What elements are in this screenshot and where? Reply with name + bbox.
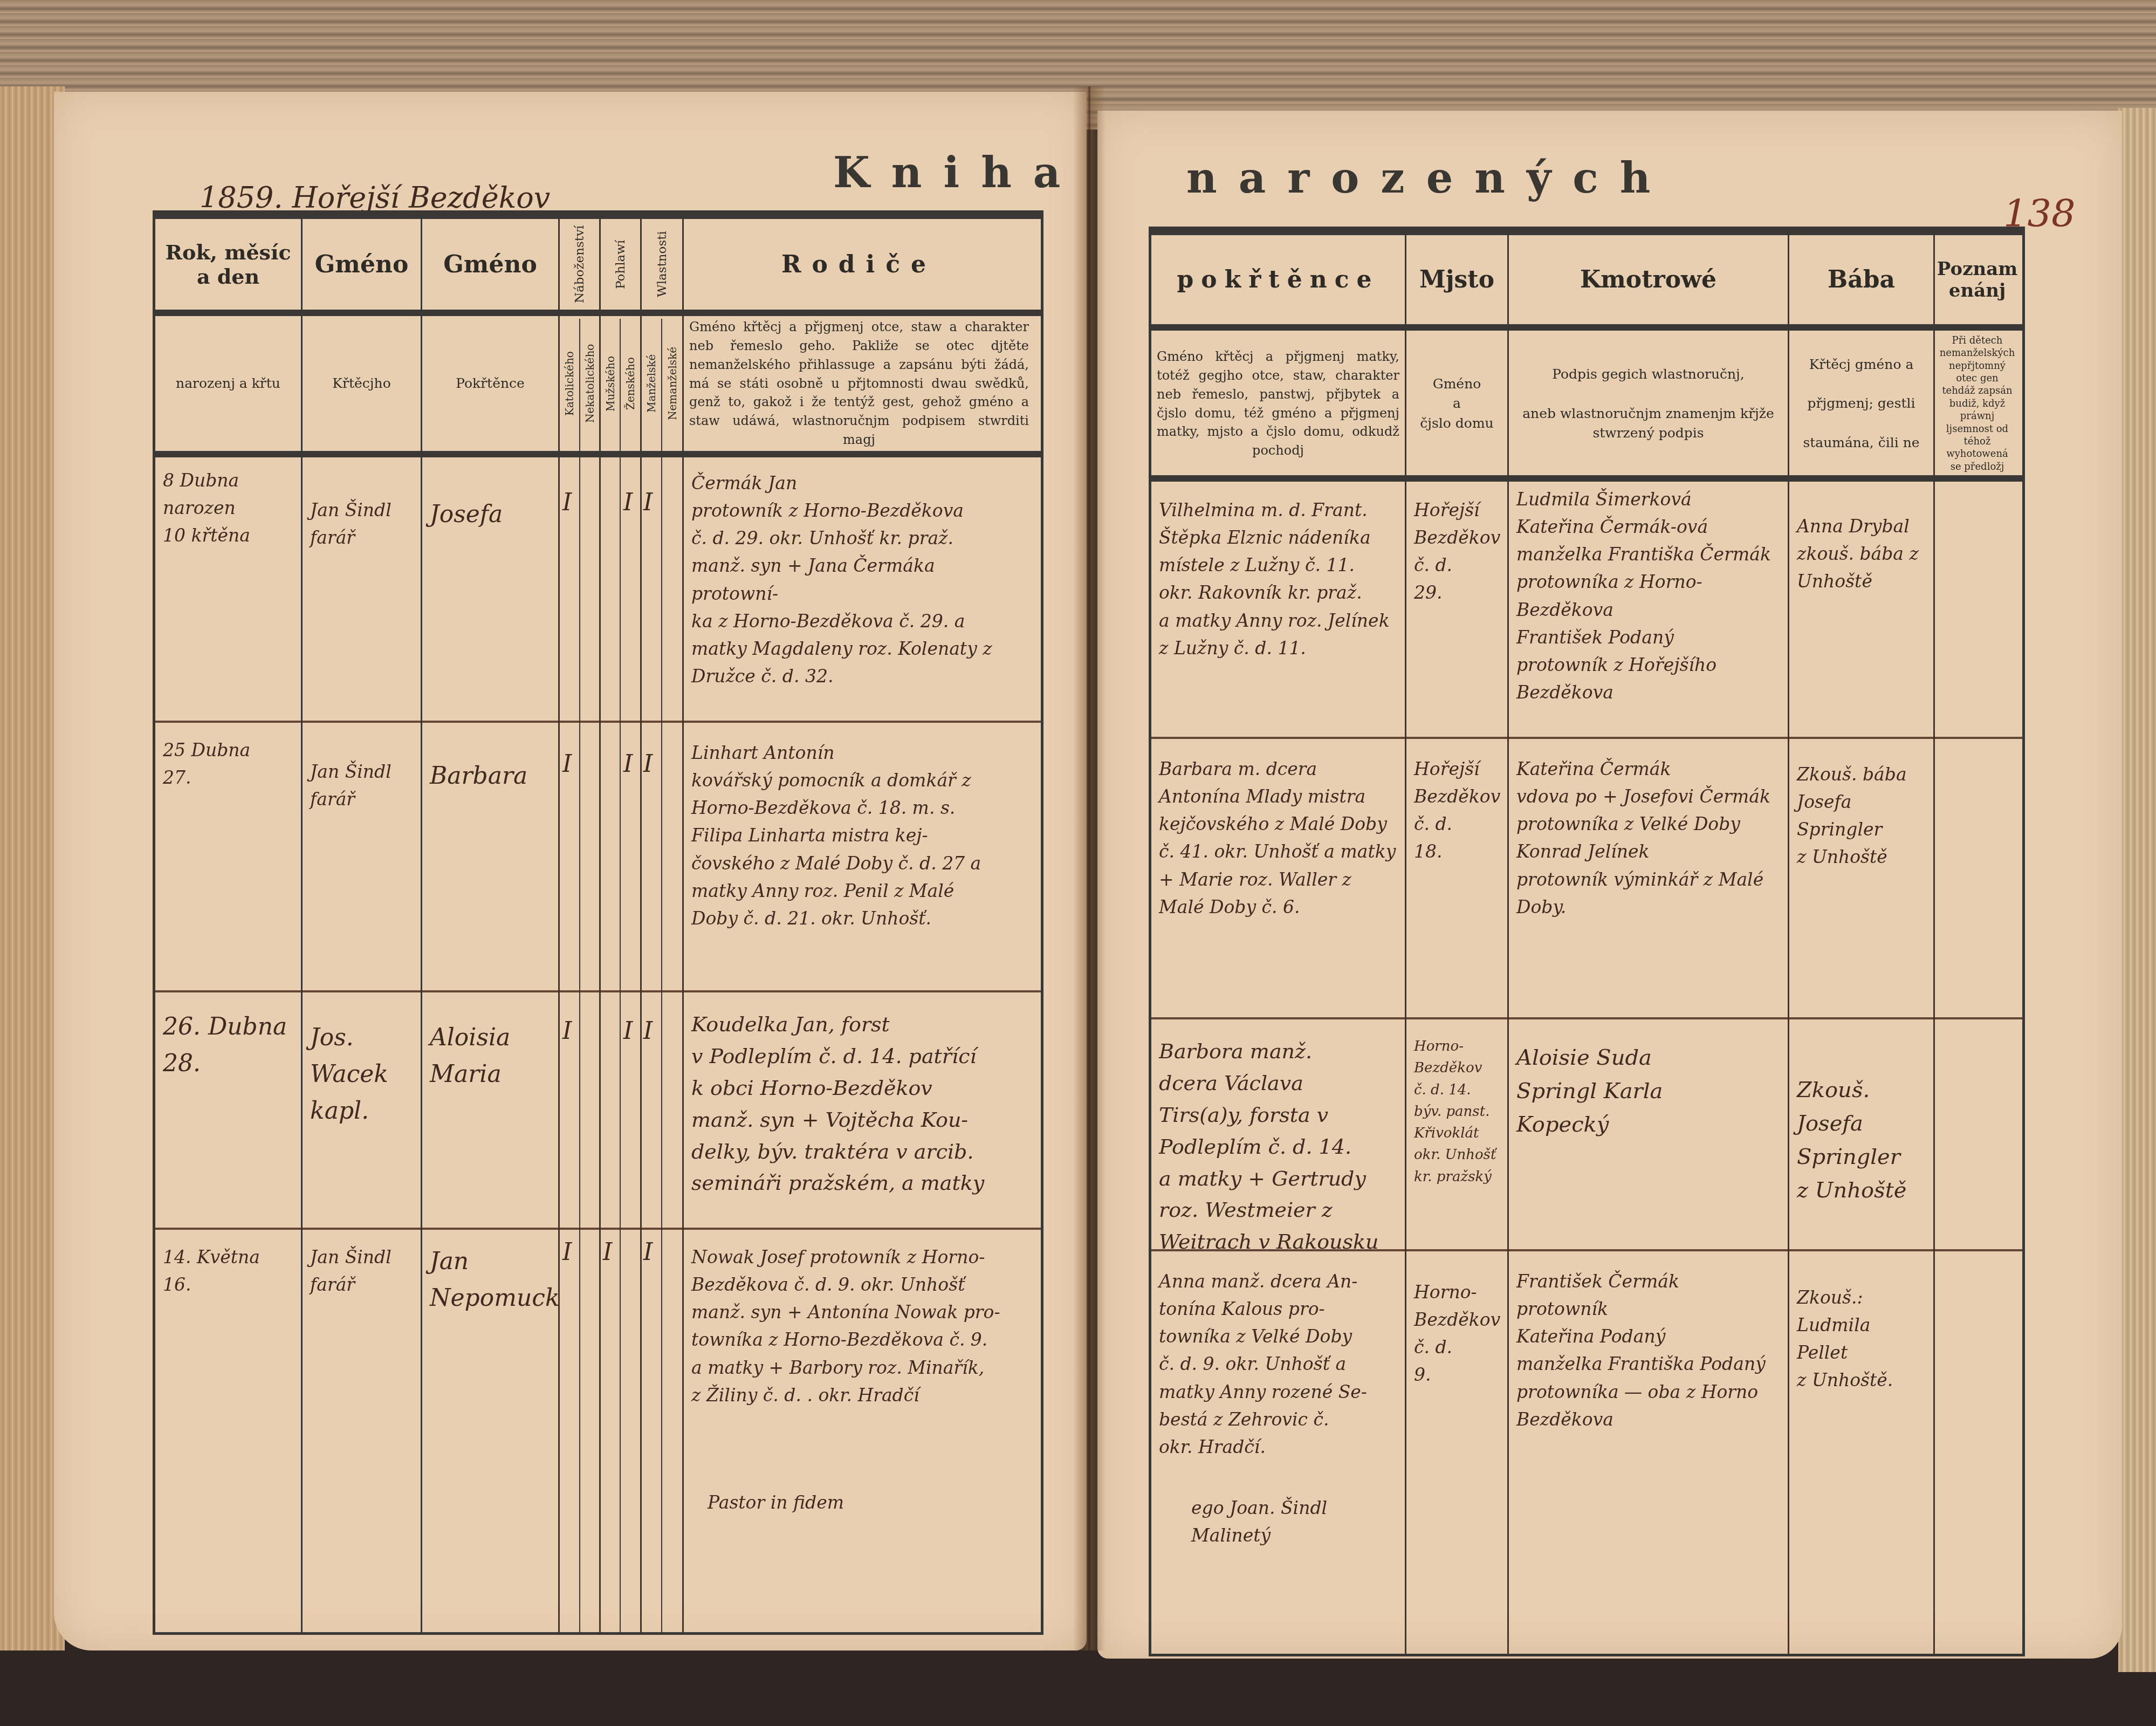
header-rule xyxy=(155,451,1041,457)
entry-1-notes xyxy=(1935,489,2020,734)
entry-separator xyxy=(155,990,1041,992)
book-gutter xyxy=(1073,86,1106,1650)
entry-4-baptizer: Jan Šindl farář xyxy=(303,1236,421,1398)
entry-1-mother: Vilhelmina m. d. Frant. Štěpka Elznic ná… xyxy=(1151,489,1405,734)
subheader-father: Gméno křtěcj a přjgmenj otce, staw a cha… xyxy=(684,316,1034,451)
entry-3-godparents: Aloisie Suda Springl Karla Kopecký xyxy=(1509,1033,1788,1249)
entry-1-date: 8 Dubna narozen 10 křtěna xyxy=(155,459,301,718)
entry-4-date: 14. Května 16. xyxy=(155,1236,301,1398)
header-parents: Rodiče xyxy=(684,219,1034,310)
entry-2-legitimate-mark: I xyxy=(643,750,653,778)
entry-separator xyxy=(1151,1249,2022,1251)
entry-1-godparents: Ludmila Šimerková Kateřina Čermák-ová ma… xyxy=(1509,478,1788,737)
entry-4-father: Nowak Josef protowník z Horno- Bezděkova… xyxy=(684,1236,1034,1462)
subheader-midwife: Křtěcj gméno a přjgmenj; gestli staumána… xyxy=(1789,332,1933,475)
entry-1-midwife: Anna Drybal zkouš. bába z Unhoště xyxy=(1789,505,1933,731)
subheader-date: narozenj a křtu xyxy=(155,316,301,451)
header-rule xyxy=(155,310,1041,316)
entry-1-legitimate-mark: I xyxy=(643,489,653,516)
entry-1-catholic-mark: I xyxy=(562,489,572,516)
entry-4-godparents: František Čermák protowník Kateřina Poda… xyxy=(1509,1260,1788,1476)
header-mother: pokřtěnce xyxy=(1151,235,1405,324)
entry-2-mother: Barbara m. dcera Antonína Mlady mistra k… xyxy=(1151,748,1405,1012)
header-place: Mjsto xyxy=(1406,235,1507,324)
subheader-baptizer: Křtěcjho xyxy=(303,316,421,451)
entry-2-female-mark: I xyxy=(623,750,633,778)
entry-4-legitimate-mark: I xyxy=(643,1238,653,1266)
entry-4-place: Horno- Bezděkov č. d. 9. xyxy=(1406,1271,1507,1465)
right-register-table: pokřtěnce Mjsto Kmotrowé Bába Poznamenán… xyxy=(1149,227,2025,1656)
left-register-table: Rok, měsíc a den Gméno Gméno Náboženství… xyxy=(153,210,1043,1635)
header-notes: Poznamenánj xyxy=(1935,235,2020,324)
entry-2-midwife: Zkouš. bába Josefa Springler z Unhoště xyxy=(1789,753,1933,1012)
entry-separator xyxy=(1151,737,2022,739)
entry-2-notes xyxy=(1935,748,2020,1012)
subheader-mother: Gméno křtěcj a přjgmenj matky, totéž geg… xyxy=(1151,332,1405,475)
entry-3-place: Horno- Bezděkov č. d. 14. býv. panst. Kř… xyxy=(1406,1028,1507,1249)
entry-3-baptizer: Jos. Wacek kapl. xyxy=(303,1012,421,1228)
column-divider xyxy=(661,319,662,1632)
page-title-right: narozených xyxy=(1186,154,1672,203)
entry-4-child-name: Jan Nepomucký xyxy=(422,1236,558,1398)
entry-3-mother: Barbora manž. dcera Václava Tirs(a)y, fo… xyxy=(1151,1028,1405,1249)
entry-1-place: Hořejší Bezděkov č. d. 29. xyxy=(1406,489,1507,734)
column-divider xyxy=(579,319,580,1632)
header-date: Rok, měsíc a den xyxy=(155,219,301,310)
header-name-baptizer: Gméno xyxy=(303,219,421,310)
entry-4-midwife: Zkouš.: Ludmila Pellet z Unhoště. xyxy=(1789,1276,1933,1470)
entry-3-legitimate-mark: I xyxy=(643,1017,653,1045)
subheader-illegitimate: Nemanželské xyxy=(662,316,682,451)
entry-3-midwife: Zkouš. Josefa Springler z Unhoště xyxy=(1789,1066,1933,1249)
subheader-child: Pokřtěnce xyxy=(422,316,558,451)
book-right-edge xyxy=(2118,108,2156,1672)
entry-separator xyxy=(155,721,1041,723)
entry-4-mother: Anna manž. dcera An- tonína Kalous pro- … xyxy=(1151,1260,1405,1465)
subheader-godparents: Podpis gegich wlastnoručnj, aneb wlastno… xyxy=(1509,332,1788,475)
header-name-child: Gméno xyxy=(422,219,558,310)
entry-3-father: Koudelka Jan, forst v Podleplím č. d. 14… xyxy=(684,1001,1034,1228)
header-sex: Pohlawí xyxy=(601,219,640,310)
page-title-left: Kniha xyxy=(833,148,1082,197)
entry-1-female-mark: I xyxy=(623,489,633,516)
entry-2-baptizer: Jan Šindl farář xyxy=(303,750,421,977)
subheader-female: Ženského xyxy=(621,316,640,451)
header-legitimacy: Wlastnosti xyxy=(642,219,682,310)
entry-2-child-name: Barbara xyxy=(422,750,558,977)
header-godparents: Kmotrowé xyxy=(1509,235,1788,324)
entry-2-date: 25 Dubna 27. xyxy=(155,729,301,988)
entry-separator xyxy=(155,1228,1041,1230)
subheader-male: Mužského xyxy=(601,316,620,451)
column-divider xyxy=(620,319,621,1632)
entry-3-catholic-mark: I xyxy=(562,1017,572,1045)
entry-4-father-footnote: Pastor in fidem xyxy=(700,1481,970,1524)
entry-1-child-name: Josefa xyxy=(422,489,558,715)
entry-3-date: 26. Dubna 28. xyxy=(155,1001,301,1228)
header-midwife: Bába xyxy=(1789,235,1933,324)
subheader-legitimate: Manželské xyxy=(642,316,661,451)
entry-2-place: Hořejší Bezděkov č. d. 18. xyxy=(1406,748,1507,1012)
entry-3-female-mark: I xyxy=(623,1017,633,1045)
entry-2-catholic-mark: I xyxy=(562,750,572,778)
entry-2-godparents: Kateřina Čermák vdova po + Josefovi Čerm… xyxy=(1509,748,1788,1012)
entry-separator xyxy=(1151,1017,2022,1019)
subheader-notes: Při dětech nemanželských nepřjtomný otec… xyxy=(1935,332,2020,475)
subheader-noncatholic: Nekatolického xyxy=(580,316,599,451)
entry-4-male-mark: I xyxy=(603,1238,612,1266)
entry-3-notes xyxy=(1935,1028,2020,1249)
entry-3-child-name: Aloisia Maria xyxy=(422,1012,558,1228)
header-religion: Náboženství xyxy=(560,219,599,310)
entry-4-notes xyxy=(1935,1260,2020,1465)
entry-2-father: Linhart Antonín kovářský pomocník a domk… xyxy=(684,731,1034,990)
subheader-place: Gméno a čjslo domu xyxy=(1406,332,1507,475)
header-rule xyxy=(1151,324,2022,331)
entry-1-father: Čermák Jan protowník z Horno-Bezděkova č… xyxy=(684,462,1034,721)
entry-4-mother-footnote: ego Joan. Šindl Malinetý xyxy=(1184,1487,1507,1562)
entry-1-baptizer: Jan Šindl farář xyxy=(303,489,421,715)
subheader-catholic: Katolického xyxy=(560,316,579,451)
entry-4-catholic-mark: I xyxy=(562,1238,572,1266)
